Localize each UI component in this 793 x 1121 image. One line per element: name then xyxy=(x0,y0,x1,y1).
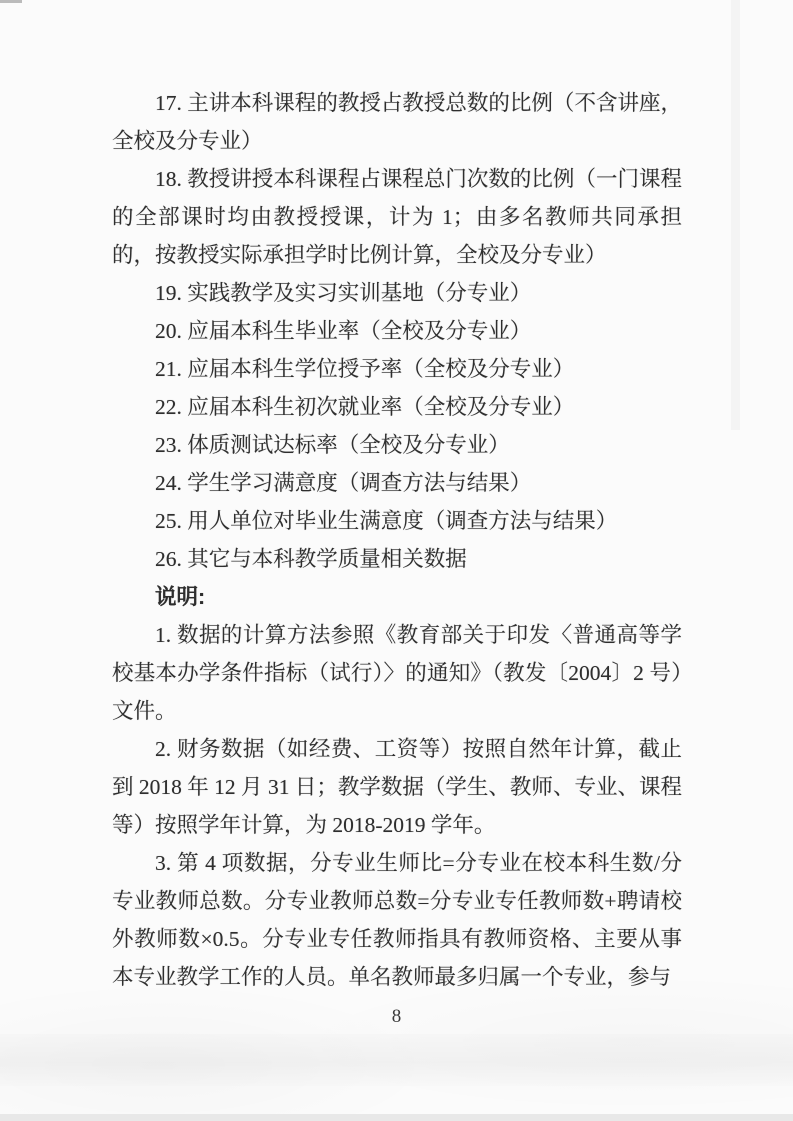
list-item-17: 17. 主讲本科课程的教授占教授总数的比例（不含讲座，全校及分专业） xyxy=(112,84,682,160)
list-item-25: 25. 用人单位对毕业生满意度（调查方法与结果） xyxy=(112,502,682,540)
document-page: 17. 主讲本科课程的教授占教授总数的比例（不含讲座，全校及分专业） 18. 教… xyxy=(0,0,793,1121)
scan-artifact-bottom-band xyxy=(0,1034,793,1086)
note-3: 3. 第 4 项数据，分专业生师比=分专业在校本科生数/分专业教师总数。分专业教… xyxy=(112,844,682,996)
list-item-24: 24. 学生学习满意度（调查方法与结果） xyxy=(112,464,682,502)
scan-edge-bottom xyxy=(0,1114,793,1121)
note-1: 1. 数据的计算方法参照《教育部关于印发〈普通高等学校基本办学条件指标（试行）〉… xyxy=(112,616,682,730)
page-number: 8 xyxy=(0,1003,793,1031)
list-item-26: 26. 其它与本科教学质量相关数据 xyxy=(112,540,682,578)
scan-artifact-right-streak xyxy=(731,0,740,430)
notes-heading: 说明: xyxy=(112,578,682,616)
list-item-20: 20. 应届本科生毕业率（全校及分专业） xyxy=(112,312,682,350)
list-item-21: 21. 应届本科生学位授予率（全校及分专业） xyxy=(112,350,682,388)
note-2: 2. 财务数据（如经费、工资等）按照自然年计算，截止到 2018 年 12 月 … xyxy=(112,730,682,844)
list-item-23: 23. 体质测试达标率（全校及分专业） xyxy=(112,426,682,464)
list-item-18: 18. 教授讲授本科课程占课程总门次数的比例（一门课程的全部课时均由教授授课，计… xyxy=(112,160,682,274)
list-item-22: 22. 应届本科生初次就业率（全校及分专业） xyxy=(112,388,682,426)
page-content: 17. 主讲本科课程的教授占教授总数的比例（不含讲座，全校及分专业） 18. 教… xyxy=(112,84,682,996)
list-item-19: 19. 实践教学及实习实训基地（分专业） xyxy=(112,274,682,312)
scan-artifact-top-left xyxy=(0,0,22,3)
